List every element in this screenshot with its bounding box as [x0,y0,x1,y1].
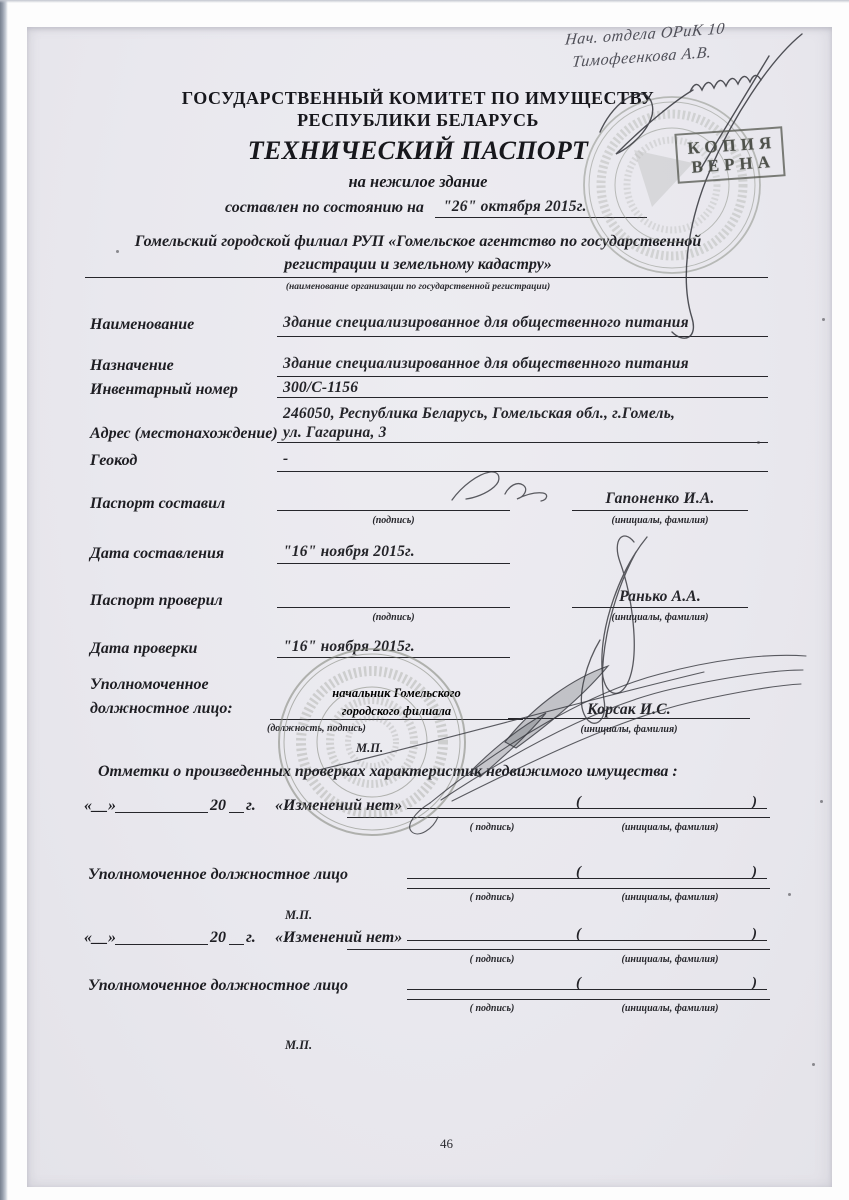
official-name-line [508,718,750,719]
scan-speck [116,250,119,253]
field-purpose-value: Здание специализированное для общественн… [283,355,689,373]
seal-place-mark: М.П. [356,741,383,756]
document-title: ТЕХНИЧЕСКИЙ ПАСПОРТ [85,136,751,166]
no-changes-text: «Изменений нет» [275,929,402,947]
initials-caption: (инициалы, фамилия) [572,613,748,623]
initials-caption: (инициалы, фамилия) [580,1004,760,1014]
check-year: 20 [210,929,226,947]
checks-official-label: Уполномоченное должностное лицо [88,866,348,884]
check-year-blank-line [229,944,244,945]
check-signature-line [347,949,770,950]
field-inventory-value: 300/С-1156 [283,379,358,397]
initials-caption: (инициалы, фамилия) [580,955,760,965]
check-initials-line [407,808,767,809]
paren-open: ( [576,975,581,992]
field-purpose-label: Назначение [90,357,174,375]
check-signature-line [347,817,770,818]
page-number: 46 [440,1136,453,1152]
official-position-line2: городского филиала [270,704,523,719]
paren-open: ( [576,864,581,881]
signature-caption: (подпись) [277,516,510,526]
compiled-name-line [572,510,748,511]
initials-caption: (инициалы, фамилия) [580,823,760,833]
check-date-value: "16" ноября 2015г. [283,638,415,656]
check-date-label: Дата проверки [90,640,197,658]
seal-place-mark: М.П. [285,908,312,923]
date-underline [435,217,647,218]
seal-place-mark: М.П. [285,1038,312,1053]
checks-official-label: Уполномоченное должностное лицо [88,977,348,995]
scan-speck [822,318,825,321]
scan-speck [812,1063,815,1066]
compiled-date-underline [277,563,510,564]
organization-line2: регистрации и земельному кадастру» [85,256,751,274]
no-changes-text: «Изменений нет» [275,797,402,815]
field-name-label: Наименование [90,316,194,334]
committee-line2: РЕСПУБЛИКИ БЕЛАРУСЬ [85,110,751,131]
official-signature-line [407,999,770,1000]
paren-close: ) [752,864,757,881]
official-initials-line [407,989,767,990]
scanned-document-page: Нач. отдела ОРиК 10 Тимофеенкова А.В. ГО… [0,0,849,1200]
field-address-underline [277,442,768,443]
official-name: Корсак И.С. [508,701,750,719]
signature-caption: ( подпись) [407,1004,577,1014]
document-subtitle: на нежилое здание [85,172,751,192]
checked-by-label: Паспорт проверил [90,592,223,610]
check-day-blank: «__» [84,797,116,815]
check-year-blank-line [229,812,244,813]
position-caption: (должность, подпись) [267,724,407,734]
compiled-by-name: Гапоненко И.А. [572,490,748,508]
official-signature-line [407,888,770,889]
scan-speck [820,800,823,803]
field-name-value: Здание специализированное для общественн… [283,314,689,332]
official-label-line2: должностное лицо: [90,700,233,718]
paren-open: ( [576,794,581,811]
check-year-suffix: г. [246,929,256,947]
compiled-signature-line [277,510,510,511]
copy-true-stamp: КОПИЯ ВЕРНА [674,126,785,183]
checked-name-line [572,607,748,608]
scan-speck [788,893,791,896]
field-address-value1: 246050, Республика Беларусь, Гомельская … [283,405,675,423]
date-prefix: составлен по состоянию на [225,199,424,217]
paren-close: ) [752,975,757,992]
organization-underline [85,277,768,278]
compiled-date-label: Дата составления [90,545,224,563]
field-geocode-underline [277,471,768,472]
initials-caption: (инициалы, фамилия) [572,516,748,526]
compiled-date-value: "16" ноября 2015г. [283,543,415,561]
field-address-value2: ул. Гагарина, 3 [283,424,387,442]
official-initials-line [407,878,767,879]
field-inventory-underline [277,397,768,398]
signature-caption: ( подпись) [407,893,577,903]
official-position-underline [270,719,523,720]
check-year: 20 [210,797,226,815]
check-initials-line [407,940,767,941]
field-geocode-label: Геокод [90,452,137,470]
field-purpose-underline [277,376,768,377]
compiled-by-label: Паспорт составил [90,495,225,513]
committee-line1: ГОСУДАРСТВЕННЫЙ КОМИТЕТ ПО ИМУЩЕСТВУ [85,88,751,109]
paren-close: ) [752,926,757,943]
date-of-state-value: "26" октября 2015г. [443,198,587,216]
field-name-underline [277,336,768,337]
signature-caption: (подпись) [277,613,510,623]
check-day-blank: «__» [84,929,116,947]
field-inventory-label: Инвентарный номер [90,381,238,399]
field-geocode-value: - [283,450,288,468]
checks-heading: Отметки о произведенных проверках характ… [98,763,798,781]
scan-edge-left [0,0,8,1200]
official-position-line1: начальник Гомельского [270,686,523,701]
check-year-suffix: г. [246,797,256,815]
signature-caption: ( подпись) [407,955,577,965]
scan-speck [757,441,760,444]
signature-caption: ( подпись) [407,823,577,833]
paren-close: ) [752,794,757,811]
official-label-line1: Уполномоченное [90,676,209,694]
check-date-underline [277,657,510,658]
initials-caption: (инициалы, фамилия) [580,893,760,903]
check-date-blank-line [115,812,208,813]
organization-line1: Гомельский городской филиал РУП «Гомельс… [85,233,751,251]
paren-open: ( [576,926,581,943]
organization-caption: (наименование организации по государстве… [85,282,751,292]
initials-caption: (инициалы, фамилия) [508,725,750,735]
checked-by-name: Ранько А.А. [572,588,748,606]
check-date-blank-line [115,944,208,945]
field-address-label: Адрес (местонахождение) [90,425,278,443]
checked-signature-line [277,607,510,608]
scan-edge-top [0,0,849,3]
